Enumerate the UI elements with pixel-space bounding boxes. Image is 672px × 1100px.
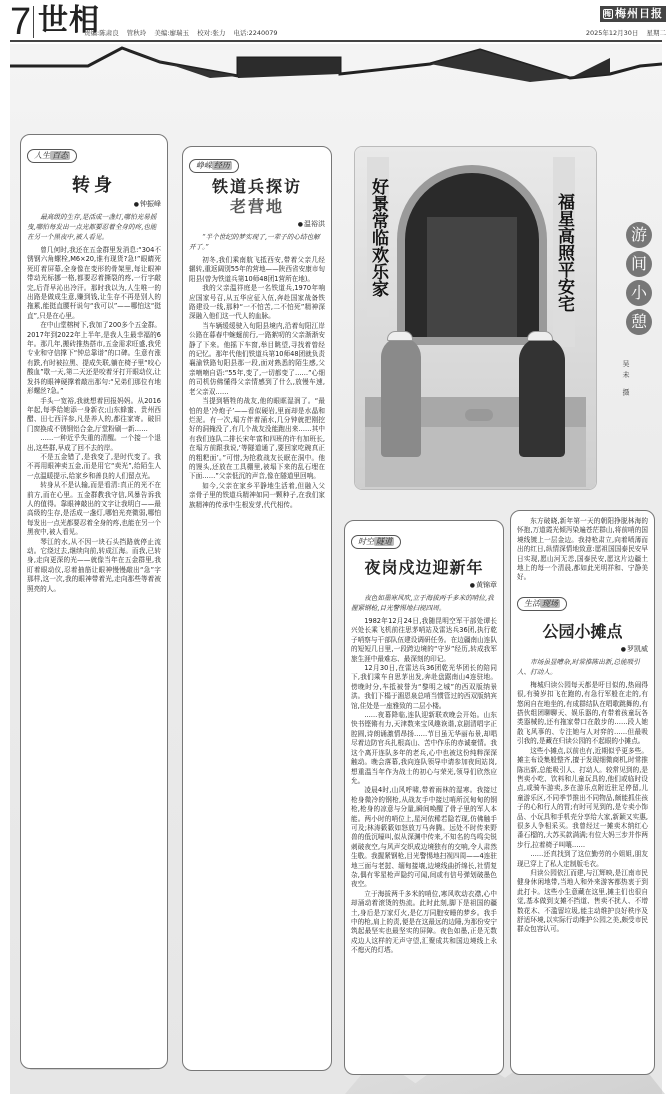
paragraph: 立于海拔两千多米的哨位,寒风吹动衣襟,心中却涌动着滚烫的热流。此时此刻,脚下是祖… — [351, 890, 497, 956]
credit-phone: 电话:2240079 — [233, 29, 277, 37]
photo-person-left — [381, 337, 421, 457]
article-title: 夜岗戍边迎新年 — [345, 555, 503, 578]
article-body: 曾几何时,我还在五金群里发消息:“304不锈钢六角螺栓,M6×20,谁有现货?急… — [27, 246, 161, 594]
photo-credit: 吴未 摄 — [621, 360, 631, 399]
column-tag-part-1: 生活 — [524, 599, 540, 608]
label-char: 间 — [626, 251, 652, 277]
couplet-left: 好景常临欢乐家 — [367, 157, 389, 317]
article-lede: 最高级的生存,是活成一盏灯,哪怕光易摇曳,哪怕每发出一点光都要忍着全身的疼,也能… — [27, 212, 161, 242]
photo-cat — [465, 409, 493, 421]
article-lede: 市场虽显嘈杂,时常推陈出新,总能吸引人、打动人。 — [517, 657, 648, 677]
column-tag-part-2: 隧道 — [374, 537, 394, 546]
page-number: 7 — [10, 2, 31, 42]
paragraph: 初冬,我们乘南航飞抵西安,带着父亲几经辗转,重返阔别55年的营地——陕西省安康市… — [189, 256, 325, 284]
article-byline: 黄锦章 — [345, 580, 497, 590]
credit-editor-2: 管秋玲 — [127, 29, 147, 37]
paragraph: ……还真找到了这位勤劳的小姐姐,朋友现已穿上了私人定制版毛衣。 — [517, 850, 648, 869]
feature-photo: 好景常临欢乐家 福星高照平安宅 — [354, 146, 597, 490]
couplet-right: 福星高照平安宅 — [553, 157, 575, 347]
paragraph: 东方破晓,新年第一天的朝阳挣脱林海的怀抱,万道霞光倾泻染遍苍茫群山,将前哨的国境… — [517, 517, 648, 583]
article-title: 转身 — [21, 171, 167, 197]
column-tag-part-1: 时空 — [358, 537, 374, 546]
article-body: 初冬,我们乘南航飞抵西安,带着父亲几经辗转,重返阔别55年的营地——陕西省安康市… — [189, 256, 325, 510]
credit-editor: 责编:陈肃良 — [84, 29, 119, 37]
article-title: 铁道兵探访 老营地 — [183, 177, 331, 217]
dateline: 2025年12月30日 星期二 — [580, 28, 666, 37]
column-tag-part-2: 百态 — [50, 151, 70, 160]
title-line-1: 铁道兵探访 — [183, 177, 331, 197]
article-lede: 夜色如墨寒风吹,立于海拔两千多米的哨位,我握紧钢枪,目光警惕地扫视四周。 — [351, 593, 497, 613]
paragraph: ……夜幕降临,连队迎新联欢晚会开始。山东快书铿锵有力,天津数来宝风趣诙谐,京剧清… — [351, 711, 497, 786]
eave-roof-decoration-icon — [10, 44, 662, 104]
credit-proofreader: 校对:张力 — [197, 29, 225, 37]
column-tag: 时空隧道 — [351, 535, 401, 549]
article-railway-soldier: 峥嵘经历 铁道兵探访 老营地 温裕洪 “半个世纪的梦实现了,一辈子的心结也解开了… — [182, 146, 332, 1071]
logo-text: 梅州日报 — [615, 6, 663, 22]
paragraph: 1982年12月24日,我随昆明空军干部处谭长兴处长乘飞机前往思茅哨站及雷达兵3… — [351, 617, 497, 664]
paragraph: 12月30日,在雷达兵36团乾光华团长的陪同下,我们乘车自思茅出发,奔赴盘踞南山… — [351, 664, 497, 711]
column-tag-part-1: 人生 — [34, 151, 50, 160]
article-park-stalls: 东方破晓,新年第一天的朝阳挣脱林海的怀抱,万道霞光倾泻染遍苍茫群山,将前哨的国境… — [510, 510, 655, 1075]
column-tag: 生活现场 — [517, 597, 567, 611]
continued-body: 东方破晓,新年第一天的朝阳挣脱林海的怀抱,万道霞光倾泻染遍苍茫群山,将前哨的国境… — [517, 517, 648, 583]
article-byline: 罗凯威 — [511, 644, 648, 654]
paragraph: 凌晨4时,山风呼啸,带着雨林的湿寒。我接过枪身微冷的钢枪,从战友手中接过哨所沉甸… — [351, 786, 497, 889]
editorial-credits: 责编:陈肃良 管秋玲 美编:廖瑞玉 校对:张力 电话:2240079 — [84, 28, 284, 37]
label-char: 游 — [626, 222, 652, 248]
issue-weekday: 星期二 — [647, 29, 667, 37]
paragraph: 在中山堂榕树下,我加了200多个五金群。2017年到2022年上半年,是我人生最… — [27, 321, 161, 396]
article-lede: “半个世纪的梦实现了,一辈子的心结也解开了。” — [189, 232, 325, 252]
newspaper-logo: 梅 梅州日报 — [600, 6, 666, 22]
paragraph: 不是五金错了,是我变了,是时代变了。我不再用眼神卖五金,而是用它“卖光”,给陌生… — [27, 453, 161, 481]
credit-designer: 美编:廖瑞玉 — [154, 29, 189, 37]
article-body: 1982年12月24日,我随昆明空军干部处谭长兴处长乘飞机前往思茅哨站及雷达兵3… — [351, 617, 497, 956]
column-tag-part-1: 峥嵘 — [196, 161, 212, 170]
article-byline: 温裕洪 — [183, 219, 325, 229]
paragraph: 这些小摊点,以前也有,近期似乎更多些。摊主布设集般整齐,擅于发现细微商机,时常推… — [517, 747, 648, 850]
column-tag-part-2: 现场 — [540, 599, 560, 608]
article-body: 梅城归读公园每天都是吁目似的,热闹得很,有骑岁扣飞在跑的,有急行军般在走的,有悠… — [517, 681, 648, 935]
paragraph: 手头一宽裕,我就想着回报妈妈。从2016年起,每季给她添一身新衣;山东蜂蜜、贵州… — [27, 397, 161, 435]
logo-emblem-icon: 梅 — [603, 9, 613, 19]
paragraph: 曾几何时,我还在五金群里发消息:“304不锈钢六角螺栓,M6×20,谁有现货?急… — [27, 246, 161, 321]
masthead: 7 世相 责编:陈肃良 管秋玲 美编:廖瑞玉 校对:张力 电话:2240079 … — [0, 0, 672, 40]
article-byline: 钟振峰 — [21, 199, 161, 209]
article-title: 公园小摊点 — [511, 619, 654, 642]
photo-column-label: 游 间 小 憩 — [619, 222, 659, 335]
paragraph: 转身从不是认输,而是看清:真正的光不在前方,而在心里。五金群教我守信,风暴告诉我… — [27, 481, 161, 537]
paragraph: 如今,父亲在家乡平静地生活着,但融入父亲骨子里的铁道兵精神如同一颗种子,在我们家… — [189, 482, 325, 510]
masthead-rule — [10, 40, 662, 42]
paragraph: ……一种近乎失重的清醒。一个接一个退出,这些群,早成了回不去的岸。 — [27, 434, 161, 453]
paragraph: 当车辆缓缓驶入旬阳县境内,沿着旬阳江岸公路在暮春中蜿蜒前行,一路絮叨的父亲渐渐安… — [189, 322, 325, 397]
photo-interior — [427, 217, 517, 337]
label-char: 小 — [626, 280, 652, 306]
title-line-2: 老营地 — [183, 197, 331, 217]
paragraph: 我的父亲温祥庭是一名铁道兵,1970年响应国家号召,从五华应征入伍,奔赴国家战备… — [189, 284, 325, 322]
article-zhuanshen: 人生百态 转身 钟振峰 最高级的生存,是活成一盏灯,哪怕光易摇曳,哪怕每发出一点… — [20, 134, 168, 1069]
masthead-divider — [33, 6, 34, 38]
paragraph: 当提到牺牲的战友,他的眼眶湿润了。“最怕的是‘冷炮子’——看似硬岩,里面却是水晶… — [189, 397, 325, 482]
article-night-post: 时空隧道 夜岗戍边迎新年 黄锦章 夜色如墨寒风吹,立于海拔两千多米的哨位,我握紧… — [344, 520, 504, 1075]
paragraph: 琴江的水,从不因一块石头挡路就停止流动。它绕过去,继续向前,转成江海。而我,已转… — [27, 538, 161, 594]
column-tag: 峥嵘经历 — [189, 159, 239, 173]
issue-date: 2025年12月30日 — [586, 29, 639, 37]
column-tag-part-2: 经历 — [212, 161, 232, 170]
paragraph: 梅城归读公园每天都是吁目似的,热闹得很,有骑岁扣飞在跑的,有急行军般在走的,有悠… — [517, 681, 648, 747]
paragraph: 归读公园依江而建,与江辉映,是江南市民健身休闲地带,当地人和外来游客都热衷于到此… — [517, 869, 648, 935]
label-char: 憩 — [626, 309, 652, 335]
photo-hat-right — [527, 331, 553, 341]
photo-hat-left — [387, 331, 413, 341]
photo-person-right — [519, 337, 565, 457]
column-tag: 人生百态 — [27, 149, 77, 163]
